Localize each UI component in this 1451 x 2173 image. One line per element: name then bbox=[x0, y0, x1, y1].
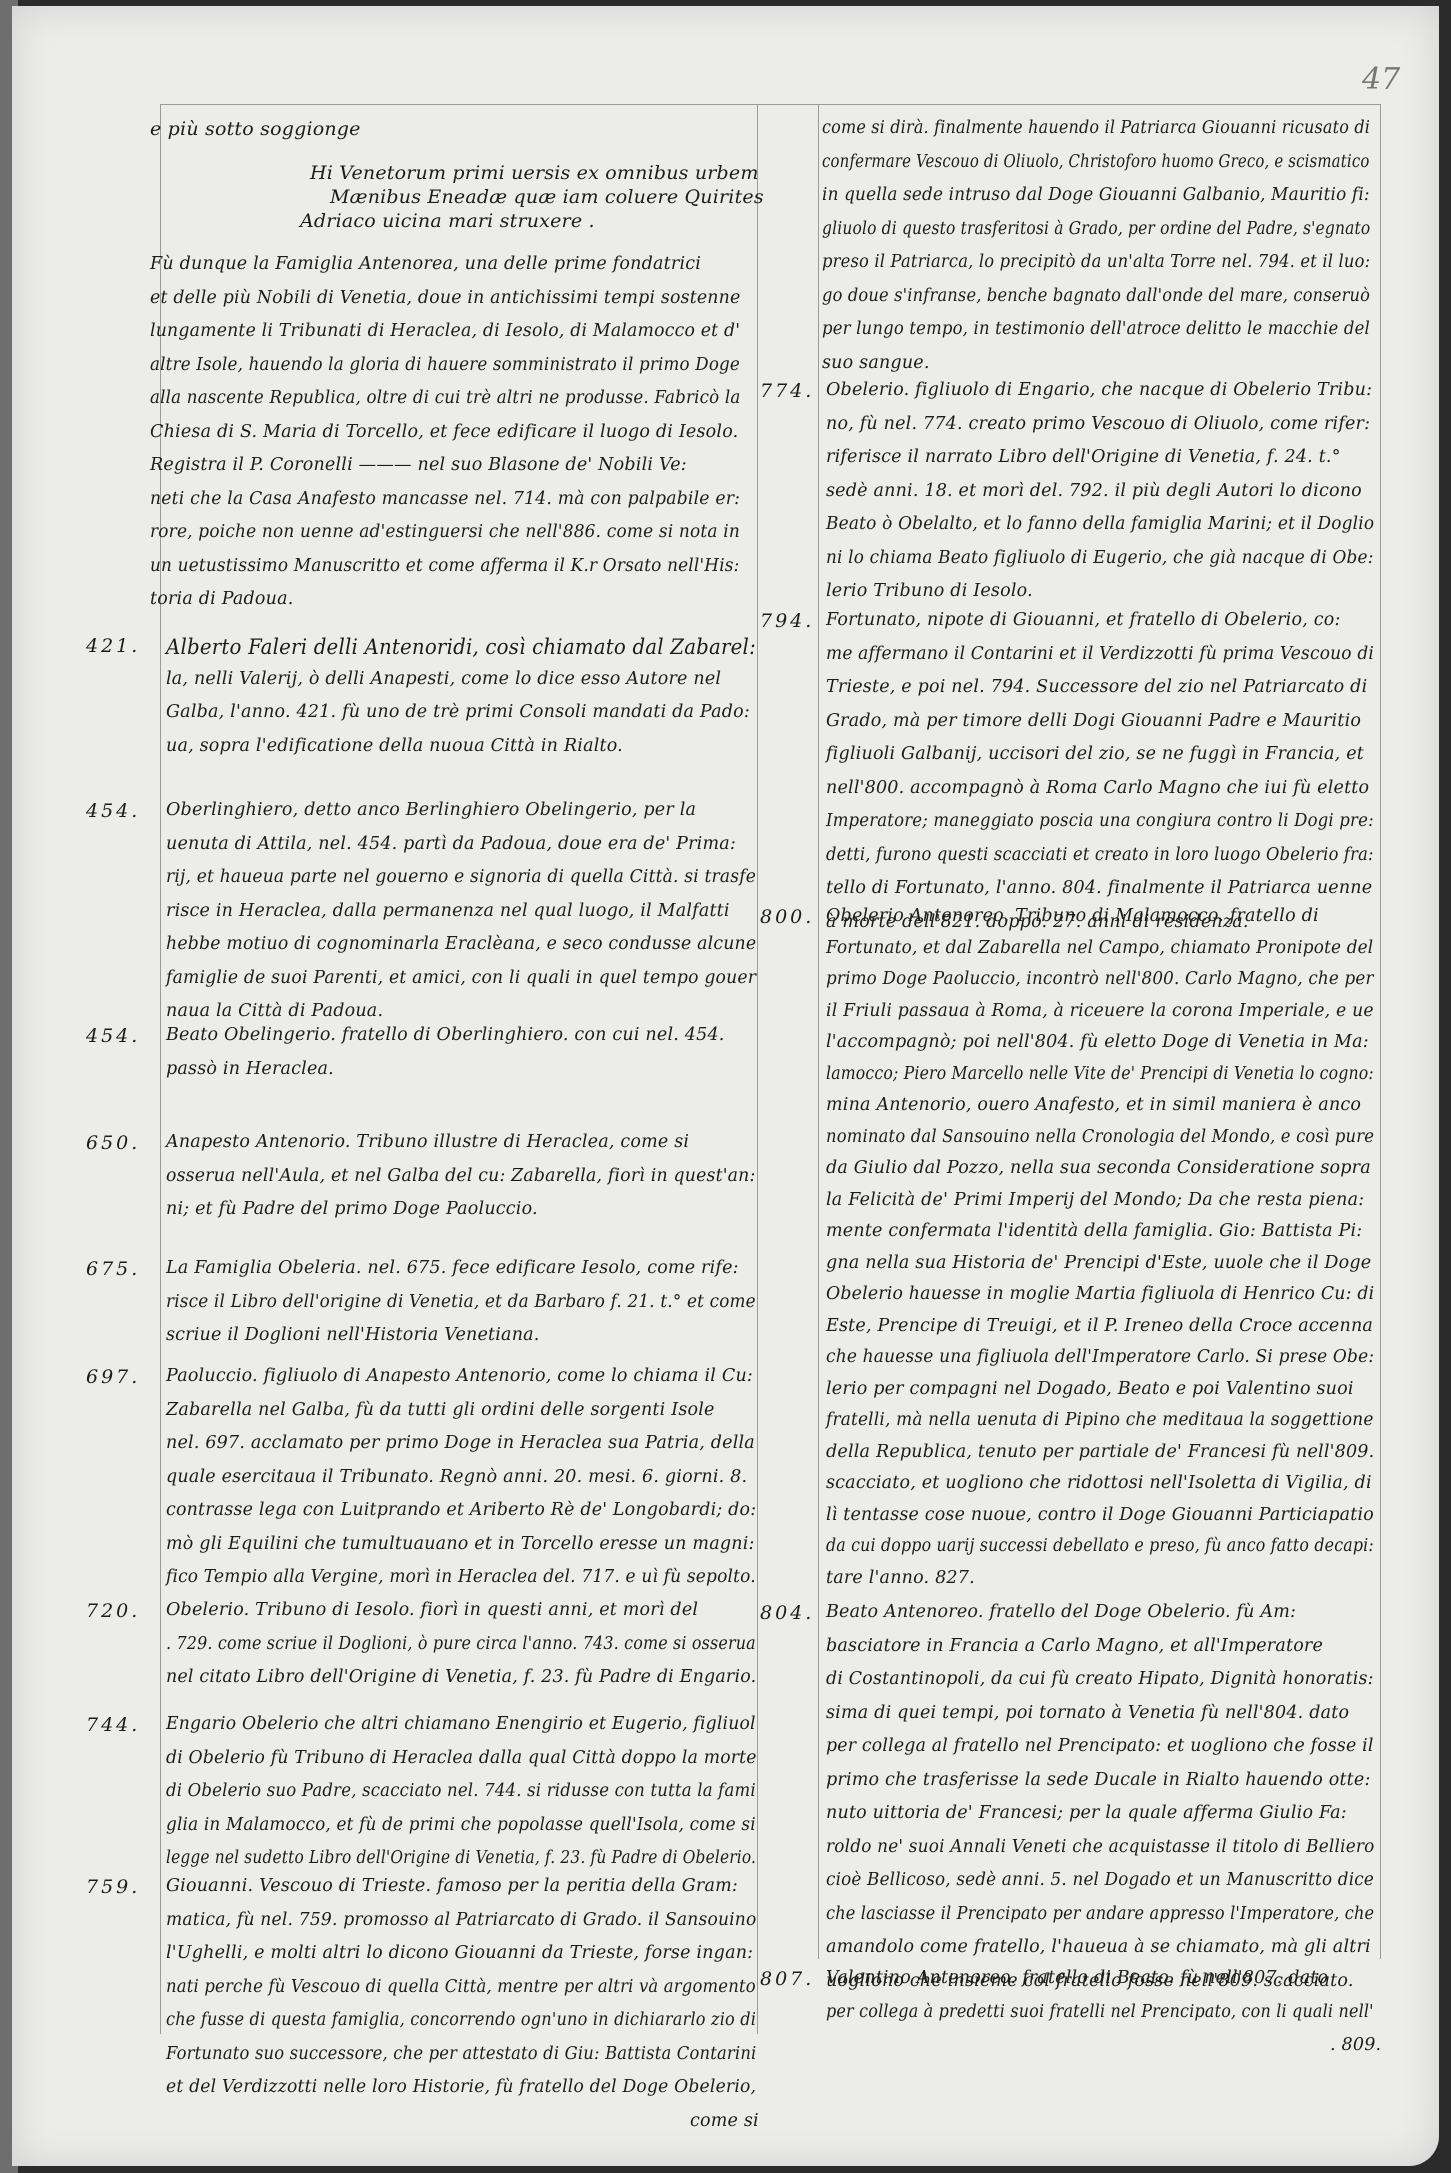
entry-text-line: lì tentasse cose nuoue, contro il Doge G… bbox=[826, 1505, 1374, 1525]
entry-year: 804. bbox=[760, 1602, 814, 1624]
entry-text-line: lerio per compagni nel Dogado, Beato e p… bbox=[826, 1379, 1354, 1399]
entry-year: 800. bbox=[760, 906, 814, 928]
intro-text-line: toria di Padoua. bbox=[150, 589, 294, 609]
entry-text-line: sedè anni. 18. et morì del. 792. il più … bbox=[826, 481, 1362, 501]
latin-verse-line: Mænibus Eneadæ quæ iam coluere Quirites bbox=[330, 186, 764, 208]
entry-text-line: Beato ò Obelalto, et lo fanno della fami… bbox=[826, 514, 1374, 534]
intro-text-line: Chiesa di S. Maria di Torcello, et fece … bbox=[150, 422, 738, 442]
entry-text-line: scriue il Doglioni nell'Historia Venetia… bbox=[166, 1325, 540, 1345]
entry-text-line: naua la Città di Padoua. bbox=[166, 1001, 383, 1021]
entry-text-line: matica, fù nel. 759. promosso al Patriar… bbox=[166, 1910, 757, 1930]
entry-year: 454. bbox=[86, 1025, 140, 1047]
entry-text-line: mò gli Equilini che tumultuauano et in T… bbox=[166, 1534, 755, 1554]
intro-text-line: altre Isole, hauendo la gloria di hauere… bbox=[150, 355, 740, 375]
entry-text-line: per collega à predetti suoi fratelli nel… bbox=[826, 2002, 1374, 2022]
rule-right-margin bbox=[1380, 104, 1381, 1959]
entry-first-line: La Famiglia Obeleria. nel. 675. fece edi… bbox=[166, 1258, 739, 1278]
rule-top bbox=[160, 104, 1380, 105]
entry-text-line: rij, et haueua parte nel gouerno e signo… bbox=[166, 867, 756, 887]
continuation-text-line: suo sangue. bbox=[822, 353, 930, 373]
entry-text-line: che hauesse una figliuola dell'Imperator… bbox=[826, 1347, 1374, 1367]
entry-text-line: Imperatore; maneggiato poscia una congiu… bbox=[826, 811, 1374, 831]
entry-year: 720. bbox=[86, 1600, 140, 1622]
intro-text-line: alla nascente Republica, oltre di cui tr… bbox=[150, 388, 741, 408]
entry-text-line: Galba, l'anno. 421. fù uno de trè primi … bbox=[166, 702, 750, 722]
entry-first-line: Fortunato, nipote di Giouanni, et fratel… bbox=[826, 610, 1341, 630]
intro-text-line: rore, poiche non uenne ad'estinguersi ch… bbox=[150, 522, 740, 542]
entry-text-line: nati perche fù Vescouo di quella Città, … bbox=[166, 1977, 756, 1997]
entry-year: 807. bbox=[760, 1968, 814, 1990]
entry-text-line: tare l'anno. 827. bbox=[826, 1568, 975, 1588]
entry-first-line: Valentino Antenoreo. fratello di Beato. … bbox=[826, 1968, 1328, 1988]
entry-first-line: Alberto Faleri delli Antenoridi, così ch… bbox=[166, 635, 756, 659]
continuation-text-line: in quella sede intruso dal Doge Giouanni… bbox=[822, 185, 1370, 205]
entry-first-line: Obelerio Antenoreo. Tribuno di Malamocco… bbox=[826, 906, 1319, 926]
entry-text-line: basciatore in Francia a Carlo Magno, et … bbox=[826, 1636, 1323, 1656]
entry-text-line: cioè Bellicoso, sedè anni. 5. nel Dogado… bbox=[826, 1870, 1374, 1890]
entry-year: 421. bbox=[86, 635, 140, 657]
entry-text-line: che lasciasse il Prencipato per andare a… bbox=[826, 1904, 1374, 1924]
continuation-text-line: gliuolo di questo trasferitosi à Grado, … bbox=[822, 219, 1370, 239]
entry-text-line: il Friuli passaua à Roma, à riceuere la … bbox=[826, 1001, 1374, 1021]
latin-verse-line: Hi Venetorum primi uersis ex omnibus urb… bbox=[310, 162, 759, 184]
continuation-text-line: confermare Vescouo di Oliuolo, Christofo… bbox=[822, 152, 1370, 172]
entry-year: 675. bbox=[86, 1258, 140, 1280]
entry-year: 650. bbox=[86, 1132, 140, 1154]
continuation-text-line: preso il Patriarca, lo precipitò da un'a… bbox=[822, 252, 1370, 272]
entry-first-line: Giouanni. Vescouo di Trieste. famoso per… bbox=[166, 1876, 738, 1896]
entry-text-line: risce in Heraclea, dalla permanenza nel … bbox=[166, 901, 730, 921]
rule-center-right bbox=[818, 104, 819, 1959]
entry-text-line: passò in Heraclea. bbox=[166, 1059, 334, 1079]
entry-text-line: primo Doge Paoluccio, incontrò nell'800.… bbox=[826, 969, 1374, 989]
entry-text-line: et del Verdizzotti nelle loro Historie, … bbox=[166, 2077, 756, 2097]
entry-text-line: lerio Tribuno di Iesolo. bbox=[826, 581, 1033, 601]
entry-first-line: Obelerio. figliuolo di Engario, che nacq… bbox=[826, 380, 1372, 400]
entry-text-line: di Obelerio fù Tribuno di Heraclea dalla… bbox=[166, 1748, 757, 1768]
continuation-text-line: per lungo tempo, in testimonio dell'atro… bbox=[822, 319, 1370, 339]
entry-text-line: . 809. bbox=[1330, 2035, 1381, 2055]
entry-text-line: l'accompagnò; poi nell'804. fù eletto Do… bbox=[826, 1032, 1369, 1052]
entry-text-line: nel. 697. acclamato per primo Doge in He… bbox=[166, 1433, 755, 1453]
entry-text-line: Zabarella nel Galba, fù da tutti gli ord… bbox=[166, 1400, 715, 1420]
entry-text-line: fico Tempio alla Vergine, morì in Heracl… bbox=[166, 1567, 756, 1587]
entry-text-line: primo che trasferisse la sede Ducale in … bbox=[826, 1770, 1371, 1790]
entry-text-line: roldo ne' suoi Annali Veneti che acquist… bbox=[826, 1837, 1375, 1857]
entry-text-line: ni; et fù Padre del primo Doge Paoluccio… bbox=[166, 1199, 538, 1219]
entry-first-line: Obelerio. Tribuno di Iesolo. fiorì in qu… bbox=[166, 1600, 698, 1620]
entry-text-line: Obelerio hauesse in moglie Martia figliu… bbox=[826, 1284, 1374, 1304]
entry-year: 744. bbox=[86, 1714, 140, 1736]
intro-heading: e più sotto soggionge bbox=[150, 118, 361, 140]
entry-year: 454. bbox=[86, 800, 140, 822]
entry-first-line: Beato Antenoreo. fratello del Doge Obele… bbox=[826, 1602, 1296, 1622]
entry-text-line: della Republica, tenuto per partiale de'… bbox=[826, 1442, 1374, 1462]
entry-text-line: mina Antenorio, ouero Anafesto, et in si… bbox=[826, 1095, 1361, 1115]
intro-text-line: et delle più Nobili di Venetia, doue in … bbox=[150, 288, 740, 308]
continuation-text-line: go doue s'infranse, benche bagnato dall'… bbox=[822, 286, 1370, 306]
entry-text-line: la, nelli Valerij, ò delli Anapesti, com… bbox=[166, 669, 721, 689]
entry-text-line: di Costantinopoli, da cui fù creato Hipa… bbox=[826, 1669, 1374, 1689]
intro-text-line: Fù dunque la Famiglia Antenorea, una del… bbox=[150, 254, 701, 274]
intro-text-line: Registra il P. Coronelli ——— nel suo Bla… bbox=[150, 455, 687, 475]
entry-text-line: quale esercitaua il Tribunato. Regnò ann… bbox=[166, 1467, 747, 1487]
entry-text-line: nell'800. accompagnò à Roma Carlo Magno … bbox=[826, 778, 1369, 798]
entry-text-line: ua, sopra l'edificatione della nuoua Cit… bbox=[166, 736, 623, 756]
entry-text-line: Este, Prencipe di Treuigi, et il P. Iren… bbox=[826, 1316, 1373, 1336]
entry-text-line: hebbe motiuo di cognominarla Eraclèana, … bbox=[166, 934, 756, 954]
entry-text-line: fratelli, mà nella uenuta di Pipino che … bbox=[826, 1410, 1374, 1430]
entry-text-line: Trieste, e poi nel. 794. Successore del … bbox=[826, 677, 1367, 697]
entry-year: 759. bbox=[86, 1876, 140, 1898]
entry-text-line: risce il Libro dell'origine di Venetia, … bbox=[166, 1292, 756, 1312]
entry-text-line: lamocco; Piero Marcello nelle Vite de' P… bbox=[826, 1064, 1374, 1084]
entry-text-line: contrasse lega con Luitprando et Aribert… bbox=[166, 1500, 756, 1520]
entry-text-line: Fortunato suo successore, che per attest… bbox=[166, 2044, 756, 2064]
entry-text-line: glia in Malamocco, et fù de primi che po… bbox=[166, 1815, 756, 1835]
latin-verse-line: Adriaco uicina mari struxere . bbox=[300, 210, 595, 232]
entry-text-line: sima di quei tempi, poi tornato à Veneti… bbox=[826, 1703, 1349, 1723]
entry-text-line: Fortunato, et dal Zabarella nel Campo, c… bbox=[826, 938, 1373, 958]
entry-year: 794. bbox=[760, 610, 814, 632]
entry-first-line: Anapesto Antenorio. Tribuno illustre di … bbox=[166, 1132, 689, 1152]
entry-text-line: ni lo chiama Beato figliuolo di Eugerio,… bbox=[826, 548, 1374, 568]
entry-text-line: Grado, mà per timore delli Dogi Giouanni… bbox=[826, 711, 1361, 731]
intro-text-line: lungamente li Tribunati di Heraclea, di … bbox=[150, 321, 740, 341]
entry-text-line: amandolo come fratello, l'haueua à se ch… bbox=[826, 1937, 1371, 1957]
entry-first-line: Paoluccio. figliuolo di Anapesto Antenor… bbox=[166, 1366, 753, 1386]
entry-year: 774. bbox=[760, 380, 814, 402]
entry-text-line: famiglie de suoi Parenti, et amici, con … bbox=[166, 968, 756, 988]
entry-text-line: uenuta di Attila, nel. 454. partì da Pad… bbox=[166, 834, 736, 854]
entry-text-line: legge nel sudetto Libro dell'Origine di … bbox=[166, 1848, 756, 1868]
entry-text-line: osserua nell'Aula, et nel Galba del cu: … bbox=[166, 1166, 756, 1186]
entry-year: 697. bbox=[86, 1366, 140, 1388]
entry-text-line: l'Ughelli, e molti altri lo dicono Gioua… bbox=[166, 1943, 753, 1963]
entry-text-line: no, fù nel. 774. creato primo Vescouo di… bbox=[826, 414, 1370, 434]
folio-number: 47 bbox=[1362, 62, 1400, 97]
entry-text-line: figliuoli Galbanij, uccisori del zio, se… bbox=[826, 744, 1364, 764]
continuation-text-line: come si dirà. finalmente hauendo il Patr… bbox=[822, 118, 1370, 138]
entry-text-line: da Giulio dal Pozzo, nella sua seconda C… bbox=[826, 1158, 1371, 1178]
entry-first-line: Oberlinghiero, detto anco Berlinghiero O… bbox=[166, 800, 696, 820]
entry-text-line: come si bbox=[690, 2111, 759, 2131]
entry-text-line: scacciato, et uogliono che ridottosi nel… bbox=[826, 1473, 1372, 1493]
entry-text-line: nominato dal Sansouino nella Cronologia … bbox=[826, 1127, 1374, 1147]
entry-text-line: nuto uittoria de' Francesi; per la quale… bbox=[826, 1803, 1347, 1823]
entry-text-line: di Obelerio suo Padre, scacciato nel. 74… bbox=[166, 1781, 756, 1801]
entry-text-line: me affermano il Contarini et il Verdizzo… bbox=[826, 644, 1374, 664]
entry-text-line: nel citato Libro dell'Origine di Venetia… bbox=[166, 1667, 756, 1687]
entry-text-line: mente confermata l'identità della famigl… bbox=[826, 1221, 1362, 1241]
entry-text-line: riferisce il narrato Libro dell'Origine … bbox=[826, 447, 1341, 467]
entry-text-line: gna nella sua Historia de' Prencipi d'Es… bbox=[826, 1253, 1371, 1273]
entry-text-line: che fusse di questa famiglia, concorrend… bbox=[166, 2010, 756, 2030]
entry-text-line: tello di Fortunato, l'anno. 804. finalme… bbox=[826, 878, 1372, 898]
entry-first-line: Engario Obelerio che altri chiamano Enen… bbox=[166, 1714, 756, 1734]
entry-text-line: . 729. come scriue il Doglioni, ò pure c… bbox=[166, 1634, 756, 1654]
entry-text-line: la Felicità de' Primi Imperij del Mondo;… bbox=[826, 1190, 1364, 1210]
intro-text-line: neti che la Casa Anafesto mancasse nel. … bbox=[150, 489, 740, 509]
entry-first-line: Beato Obelingerio. fratello di Oberlingh… bbox=[166, 1025, 725, 1045]
rule-center-left bbox=[757, 104, 758, 2034]
entry-text-line: per collega al fratello nel Prencipato: … bbox=[826, 1736, 1374, 1756]
entry-text-line: detti, furono questi scacciati et creato… bbox=[826, 845, 1374, 865]
intro-text-line: un uetustissimo Manuscritto et come affe… bbox=[150, 556, 740, 576]
entry-text-line: da cui doppo uarij successi debellato e … bbox=[826, 1536, 1374, 1556]
